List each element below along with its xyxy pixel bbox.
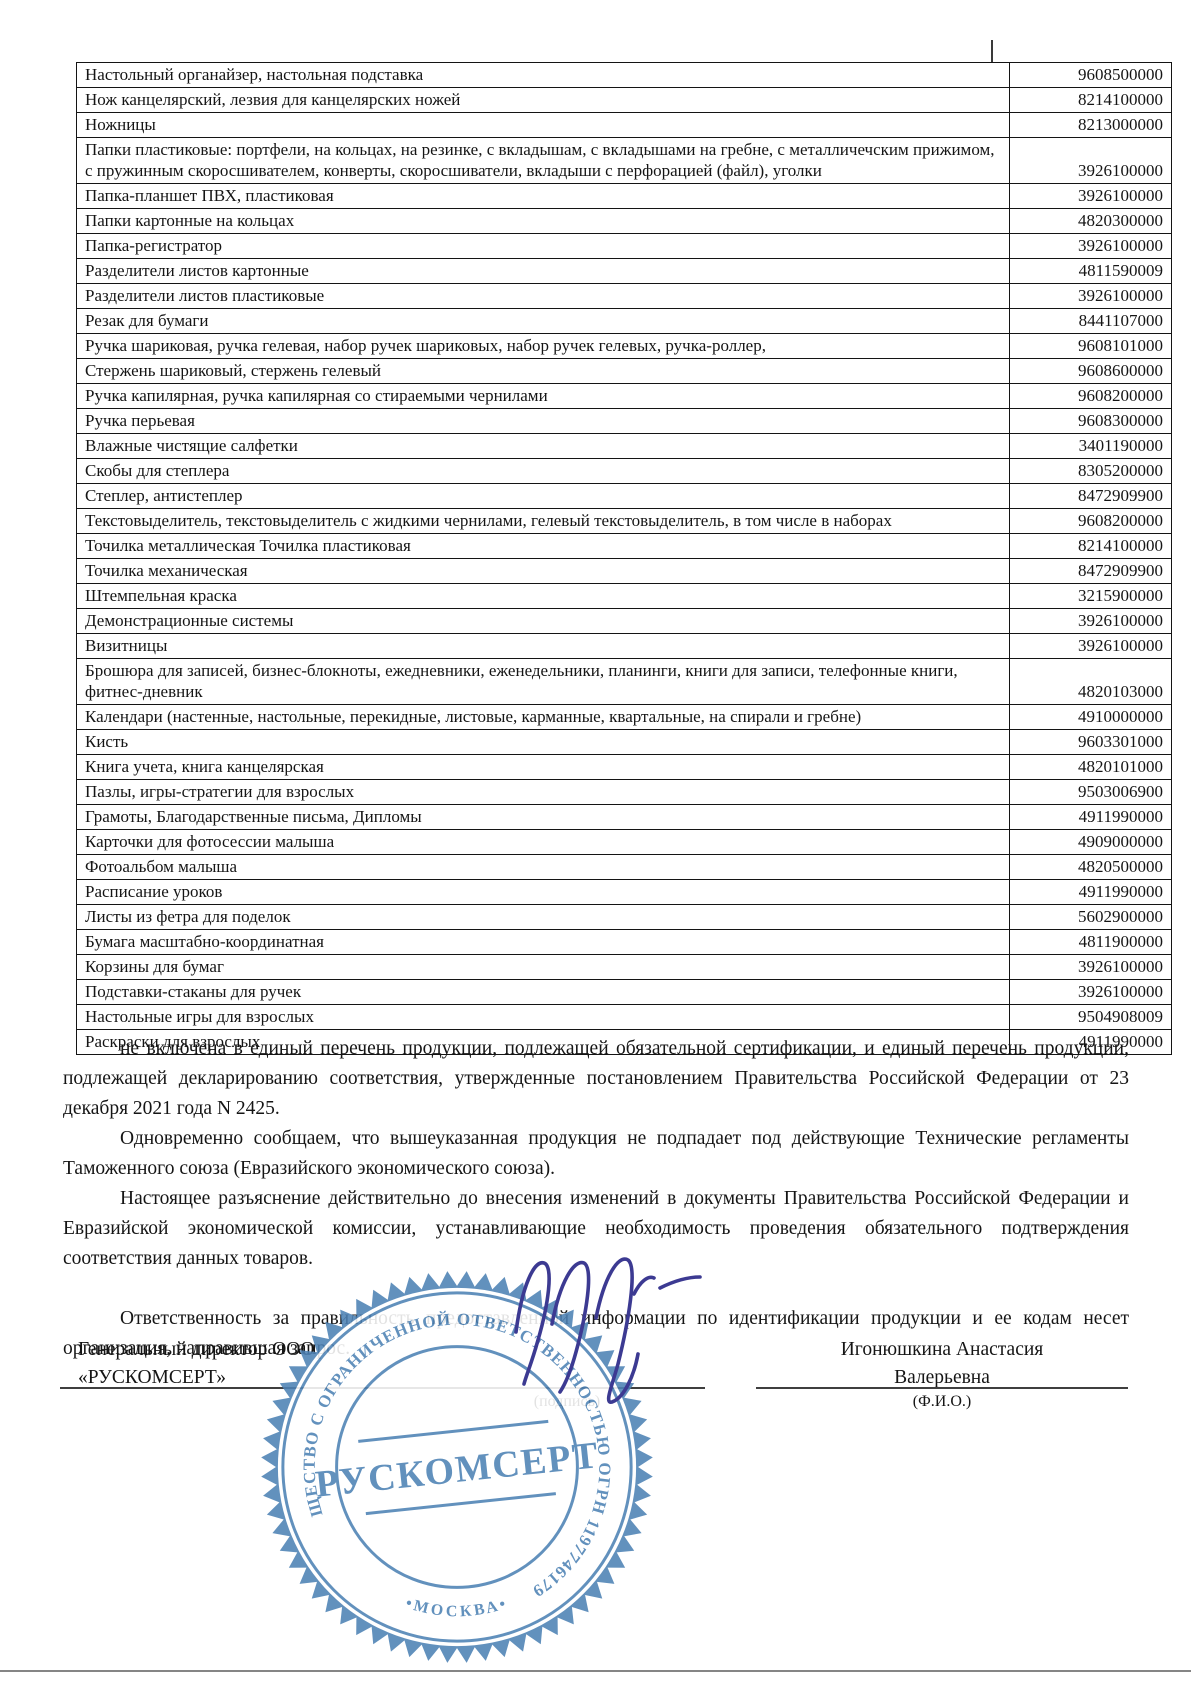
table-row: Точилка механическая8472909900 xyxy=(77,559,1172,584)
table-row: Разделители листов пластиковые3926100000 xyxy=(77,284,1172,309)
product-name-cell: Брошюра для записей, бизнес-блокноты, еж… xyxy=(77,659,1010,705)
table-row: Фотоальбом малыша4820500000 xyxy=(77,855,1172,880)
product-code-cell: 3926100000 xyxy=(1010,234,1172,259)
product-name-cell: Бумага масштабно-координатная xyxy=(77,930,1010,955)
product-code-cell: 9608600000 xyxy=(1010,359,1172,384)
product-name-cell: Разделители листов картонные xyxy=(77,259,1010,284)
product-name-cell: Текстовыделитель, текстовыделитель с жид… xyxy=(77,509,1010,534)
product-code-cell: 8472909900 xyxy=(1010,559,1172,584)
product-code-cell: 4820300000 xyxy=(1010,209,1172,234)
product-name-cell: Степлер, антистеплер xyxy=(77,484,1010,509)
table-row: Пазлы, игры-стратегии для взрослых950300… xyxy=(77,780,1172,805)
table-row: Папка-регистратор3926100000 xyxy=(77,234,1172,259)
product-name-cell: Карточки для фотосессии малыша xyxy=(77,830,1010,855)
product-code-cell: 8441107000 xyxy=(1010,309,1172,334)
product-code-cell: 9608200000 xyxy=(1010,384,1172,409)
table-row: Бумага масштабно-координатная4811900000 xyxy=(77,930,1172,955)
product-name-cell: Разделители листов пластиковые xyxy=(77,284,1010,309)
product-code-cell: 9608500000 xyxy=(1010,63,1172,88)
product-code-cell: 3926100000 xyxy=(1010,138,1172,184)
product-code-cell: 4820103000 xyxy=(1010,659,1172,705)
product-code-cell: 8472909900 xyxy=(1010,484,1172,509)
table-row: Грамоты, Благодарственные письма, Диплом… xyxy=(77,805,1172,830)
product-code-cell: 8214100000 xyxy=(1010,534,1172,559)
product-name-cell: Папки картонные на кольцах xyxy=(77,209,1010,234)
table-row: Папка-планшет ПВХ, пластиковая3926100000 xyxy=(77,184,1172,209)
table-row: Подставки-стаканы для ручек3926100000 xyxy=(77,980,1172,1005)
product-code-cell: 4911990000 xyxy=(1010,805,1172,830)
product-name-cell: Скобы для степлера xyxy=(77,459,1010,484)
product-code-cell: 4811900000 xyxy=(1010,930,1172,955)
table-row: Текстовыделитель, текстовыделитель с жид… xyxy=(77,509,1172,534)
table-row: Кисть9603301000 xyxy=(77,730,1172,755)
product-name-cell: Папка-регистратор xyxy=(77,234,1010,259)
table-row: Визитницы3926100000 xyxy=(77,634,1172,659)
product-name-cell: Точилка металлическая Точилка пластикова… xyxy=(77,534,1010,559)
body-paragraph: не включена в единый перечень продукции,… xyxy=(63,1034,1129,1124)
product-code-cell: 8305200000 xyxy=(1010,459,1172,484)
table-row: Штемпельная краска3215900000 xyxy=(77,584,1172,609)
product-code-cell: 8214100000 xyxy=(1010,88,1172,113)
product-name-cell: Настольные игры для взрослых xyxy=(77,1005,1010,1030)
table-row: Точилка металлическая Точилка пластикова… xyxy=(77,534,1172,559)
table-row: Календари (настенные, настольные, переки… xyxy=(77,705,1172,730)
product-name-cell: Демонстрационные системы xyxy=(77,609,1010,634)
table-row: Настольный органайзер, настольная подста… xyxy=(77,63,1172,88)
table-row: Листы из фетра для поделок5602900000 xyxy=(77,905,1172,930)
product-name-cell: Книга учета, книга канцелярская xyxy=(77,755,1010,780)
product-name-cell: Листы из фетра для поделок xyxy=(77,905,1010,930)
product-name-cell: Точилка механическая xyxy=(77,559,1010,584)
product-name-cell: Ручка капилярная, ручка капилярная со ст… xyxy=(77,384,1010,409)
product-code-cell: 9608300000 xyxy=(1010,409,1172,434)
product-code-cell: 9603301000 xyxy=(1010,730,1172,755)
product-code-cell: 3215900000 xyxy=(1010,584,1172,609)
product-code-cell: 8213000000 xyxy=(1010,113,1172,138)
table-row: Стержень шариковый, стержень гелевый9608… xyxy=(77,359,1172,384)
product-code-cell: 3926100000 xyxy=(1010,184,1172,209)
product-name-cell: Ножницы xyxy=(77,113,1010,138)
product-name-cell: Стержень шариковый, стержень гелевый xyxy=(77,359,1010,384)
product-code-cell: 3401190000 xyxy=(1010,434,1172,459)
product-name-cell: Кисть xyxy=(77,730,1010,755)
product-name-cell: Подставки-стаканы для ручек xyxy=(77,980,1010,1005)
table-row: Разделители листов картонные4811590009 xyxy=(77,259,1172,284)
product-name-cell: Папки пластиковые: портфели, на кольцах,… xyxy=(77,138,1010,184)
product-code-cell: 5602900000 xyxy=(1010,905,1172,930)
fio-caption: (Ф.И.О.) xyxy=(756,1393,1128,1411)
table-row: Расписание уроков4911990000 xyxy=(77,880,1172,905)
table-row: Ножницы8213000000 xyxy=(77,113,1172,138)
product-code-cell: 3926100000 xyxy=(1010,609,1172,634)
table-row: Настольные игры для взрослых9504908009 xyxy=(77,1005,1172,1030)
table-row: Ручка шариковая, ручка гелевая, набор ру… xyxy=(77,334,1172,359)
product-code-cell: 3926100000 xyxy=(1010,980,1172,1005)
product-name-cell: Фотоальбом малыша xyxy=(77,855,1010,880)
product-name-cell: Резак для бумаги xyxy=(77,309,1010,334)
product-name-cell: Расписание уроков xyxy=(77,880,1010,905)
product-code-cell: 9608101000 xyxy=(1010,334,1172,359)
product-name-cell: Папка-планшет ПВХ, пластиковая xyxy=(77,184,1010,209)
product-code-cell: 3926100000 xyxy=(1010,955,1172,980)
table-row: Книга учета, книга канцелярская482010100… xyxy=(77,755,1172,780)
table-row: Брошюра для записей, бизнес-блокноты, еж… xyxy=(77,659,1172,705)
table-row: Скобы для степлера8305200000 xyxy=(77,459,1172,484)
table-row: Папки пластиковые: портфели, на кольцах,… xyxy=(77,138,1172,184)
product-code-cell: 4811590009 xyxy=(1010,259,1172,284)
document-page: Настольный органайзер, настольная подста… xyxy=(0,0,1191,1684)
table-row: Ручка перьевая9608300000 xyxy=(77,409,1172,434)
product-name-cell: Визитницы xyxy=(77,634,1010,659)
product-code-cell: 3926100000 xyxy=(1010,634,1172,659)
body-paragraph: Одновременно сообщаем, что вышеуказанная… xyxy=(63,1124,1129,1184)
table-row: Резак для бумаги8441107000 xyxy=(77,309,1172,334)
table-row: Демонстрационные системы3926100000 xyxy=(77,609,1172,634)
product-name-cell: Ручка перьевая xyxy=(77,409,1010,434)
product-name-cell: Корзины для бумаг xyxy=(77,955,1010,980)
table-row: Карточки для фотосессии малыша4909000000 xyxy=(77,830,1172,855)
product-name-cell: Ручка шариковая, ручка гелевая, набор ру… xyxy=(77,334,1010,359)
director-name: Игонюшкина Анастасия Валерьевна xyxy=(756,1336,1128,1392)
table-row: Степлер, антистеплер8472909900 xyxy=(77,484,1172,509)
table-body: Настольный органайзер, настольная подста… xyxy=(77,63,1172,1055)
handwritten-signature xyxy=(498,1232,708,1410)
table-row: Папки картонные на кольцах4820300000 xyxy=(77,209,1172,234)
product-name-cell: Нож канцелярский, лезвия для канцелярски… xyxy=(77,88,1010,113)
product-name-cell: Влажные чистящие салфетки xyxy=(77,434,1010,459)
product-code-cell: 4911990000 xyxy=(1010,880,1172,905)
product-name-cell: Штемпельная краска xyxy=(77,584,1010,609)
director-title-line2: «РУСКОМСЕРТ» xyxy=(78,1367,226,1388)
director-name-line2: Валерьевна xyxy=(894,1367,990,1388)
product-code-cell: 9504908009 xyxy=(1010,1005,1172,1030)
page-bottom-edge xyxy=(0,1670,1191,1672)
table-continuation-tick xyxy=(991,40,993,62)
product-code-cell: 9608200000 xyxy=(1010,509,1172,534)
director-name-line1: Игонюшкина Анастасия xyxy=(841,1339,1044,1360)
product-name-cell: Грамоты, Благодарственные письма, Диплом… xyxy=(77,805,1010,830)
product-code-cell: 3926100000 xyxy=(1010,284,1172,309)
product-name-cell: Календари (настенные, настольные, переки… xyxy=(77,705,1010,730)
table-row: Ручка капилярная, ручка капилярная со ст… xyxy=(77,384,1172,409)
name-line xyxy=(756,1387,1128,1389)
product-code-cell: 9503006900 xyxy=(1010,780,1172,805)
table-row: Корзины для бумаг3926100000 xyxy=(77,955,1172,980)
product-code-cell: 4909000000 xyxy=(1010,830,1172,855)
product-code-cell: 4820101000 xyxy=(1010,755,1172,780)
product-code-cell: 4820500000 xyxy=(1010,855,1172,880)
product-codes-table: Настольный органайзер, настольная подста… xyxy=(76,62,1172,1055)
product-name-cell: Пазлы, игры-стратегии для взрослых xyxy=(77,780,1010,805)
table-row: Нож канцелярский, лезвия для канцелярски… xyxy=(77,88,1172,113)
table-row: Влажные чистящие салфетки3401190000 xyxy=(77,434,1172,459)
product-name-cell: Настольный органайзер, настольная подста… xyxy=(77,63,1010,88)
product-code-cell: 4910000000 xyxy=(1010,705,1172,730)
